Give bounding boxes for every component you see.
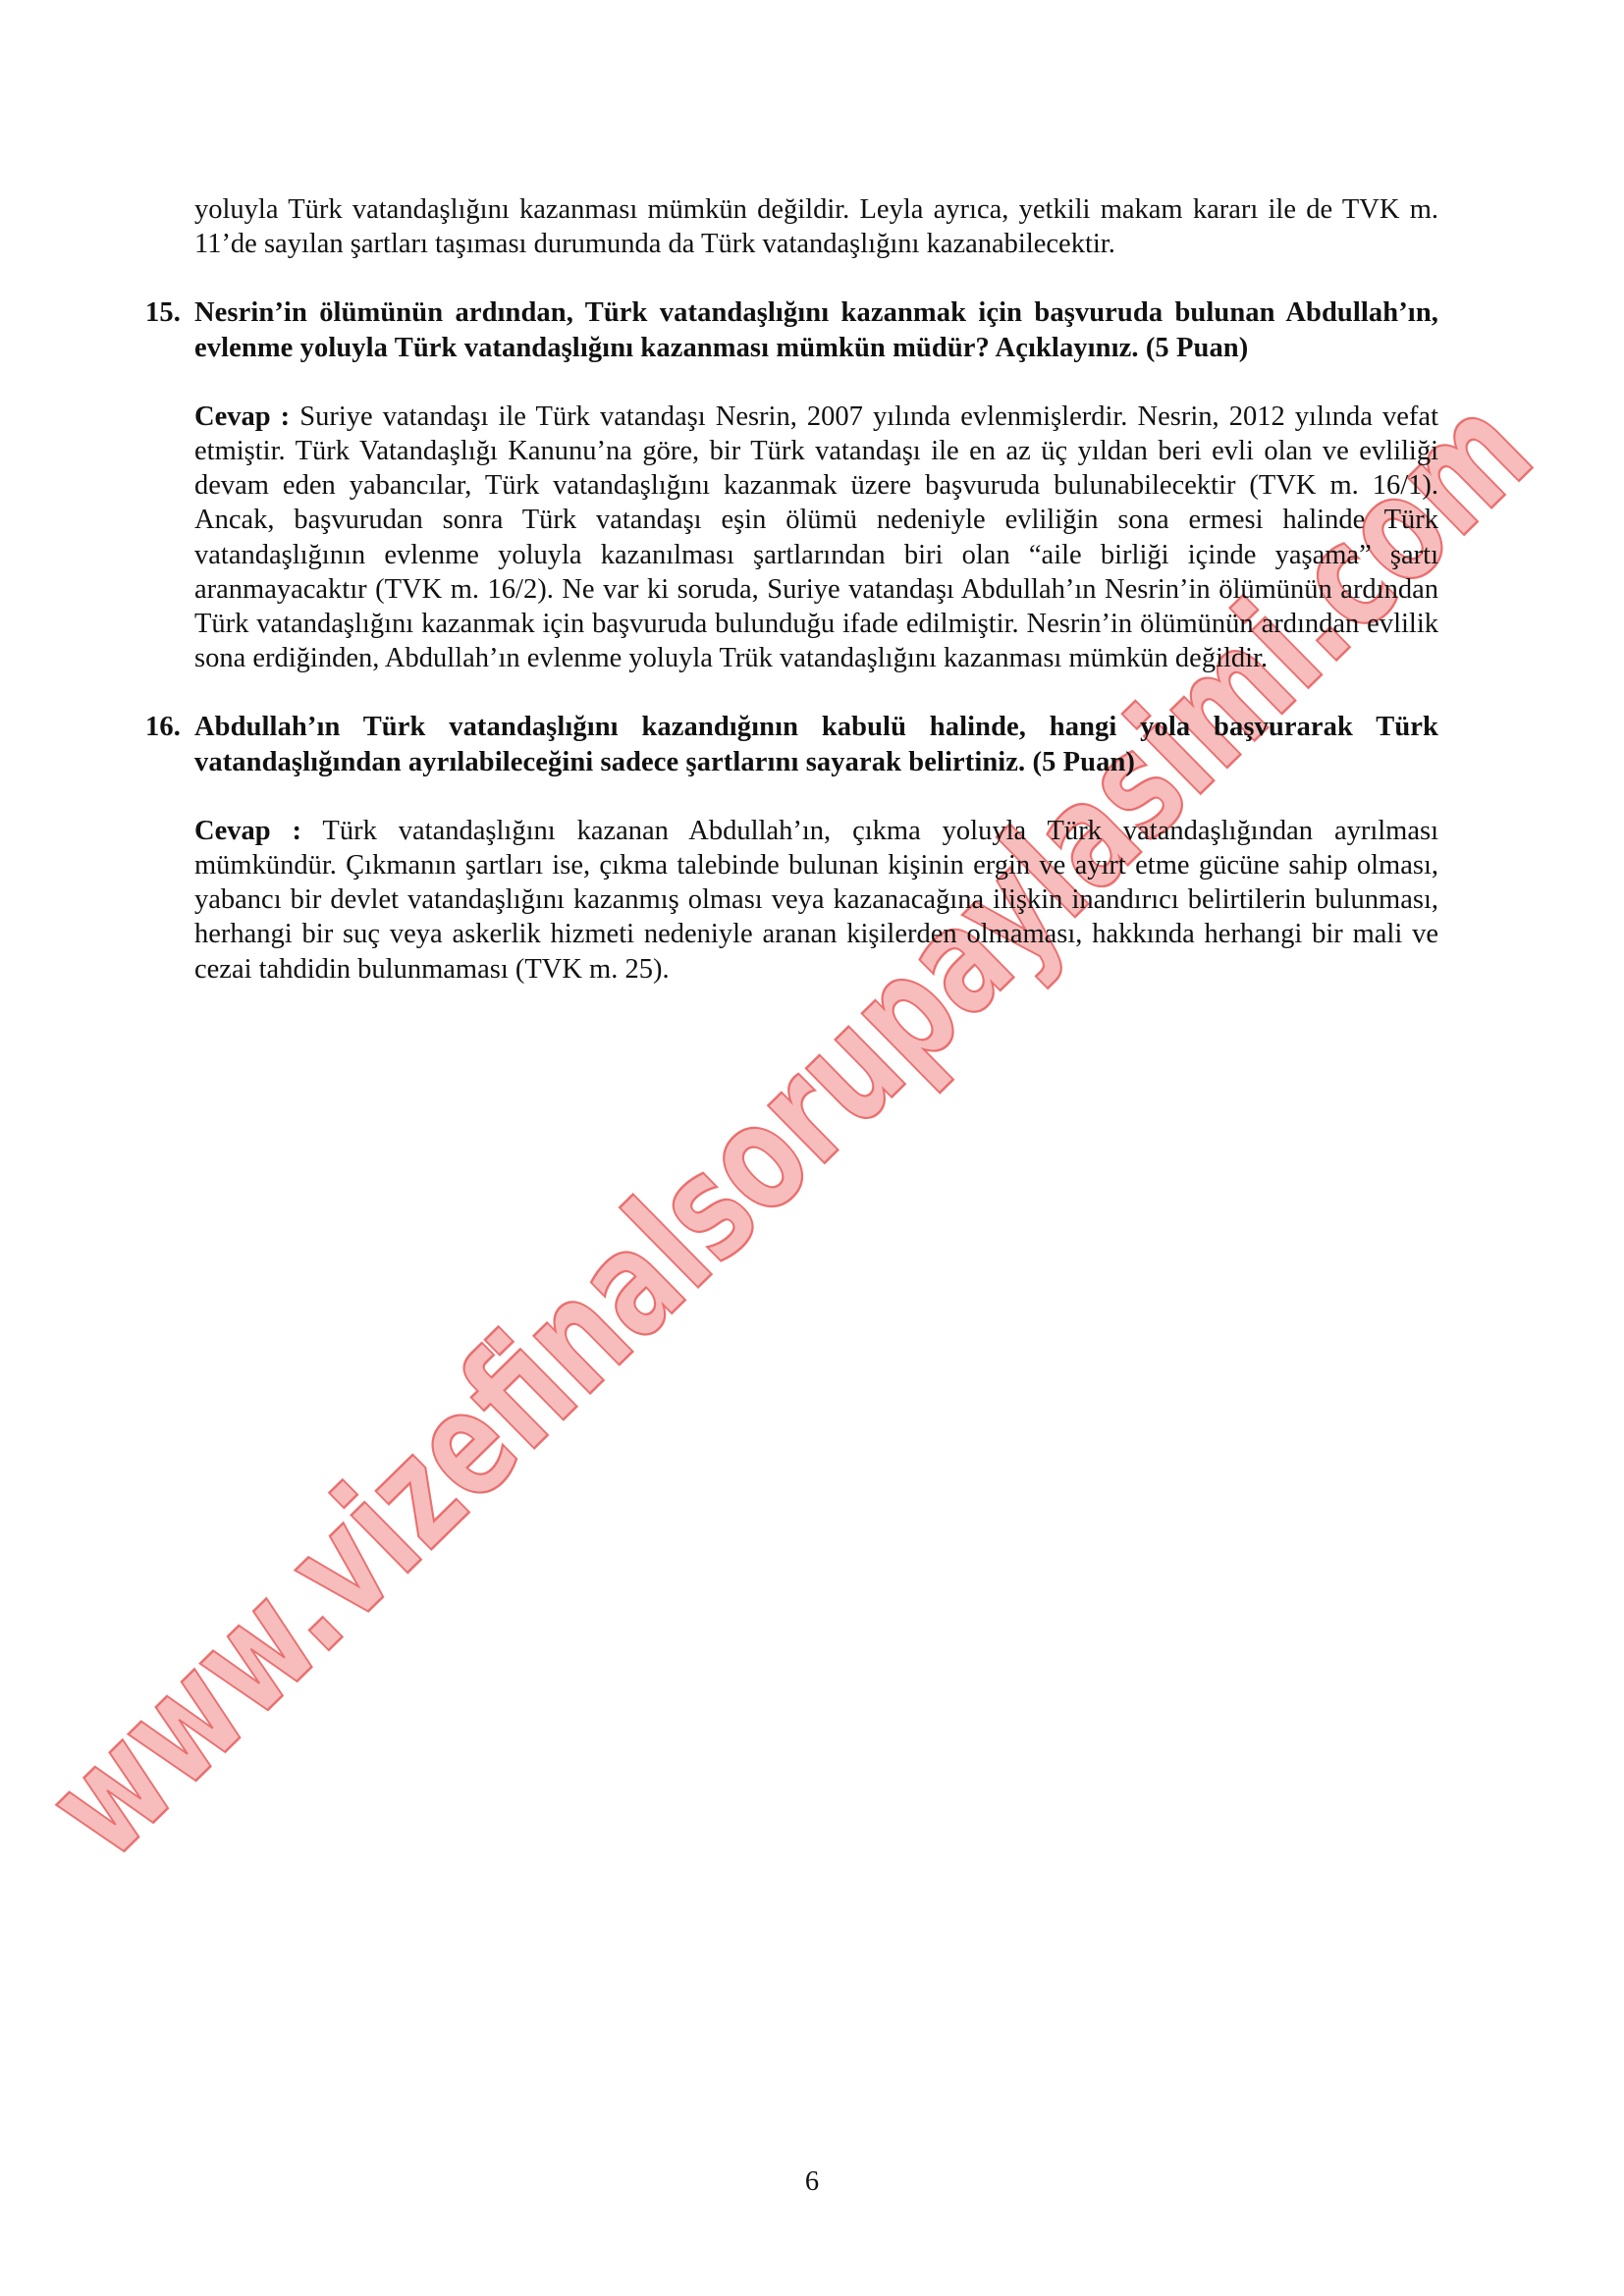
answer-16: Cevap : Türk vatandaşlığını kazanan Abdu… — [194, 814, 1438, 987]
page-number: 6 — [0, 2166, 1624, 2198]
document-page: www.vizefinalsorupaylasimi.com yoluyla T… — [0, 0, 1624, 2296]
document-body: yoluyla Türk vatandaşlığını kazanması mü… — [194, 192, 1438, 987]
question-16: 16.Abdullah’ın Türk vatandaşlığını kazan… — [194, 710, 1438, 778]
question-number: 15. — [145, 295, 181, 330]
question-number: 16. — [145, 710, 181, 744]
answer-text: Suriye vatandaşı ile Türk vatandaşı Nesr… — [194, 401, 1438, 673]
continuation-paragraph: yoluyla Türk vatandaşlığını kazanması mü… — [194, 192, 1438, 261]
answer-text: Türk vatandaşlığını kazanan Abdullah’ın,… — [194, 816, 1438, 985]
question-text: Abdullah’ın Türk vatandaşlığını kazandığ… — [194, 712, 1438, 776]
answer-15: Cevap : Suriye vatandaşı ile Türk vatand… — [194, 400, 1438, 676]
answer-label: Cevap : — [194, 816, 301, 846]
answer-label: Cevap : — [194, 401, 290, 432]
question-text: Nesrin’in ölümünün ardından, Türk vatand… — [194, 297, 1438, 362]
question-15: 15.Nesrin’in ölümünün ardından, Türk vat… — [194, 295, 1438, 364]
